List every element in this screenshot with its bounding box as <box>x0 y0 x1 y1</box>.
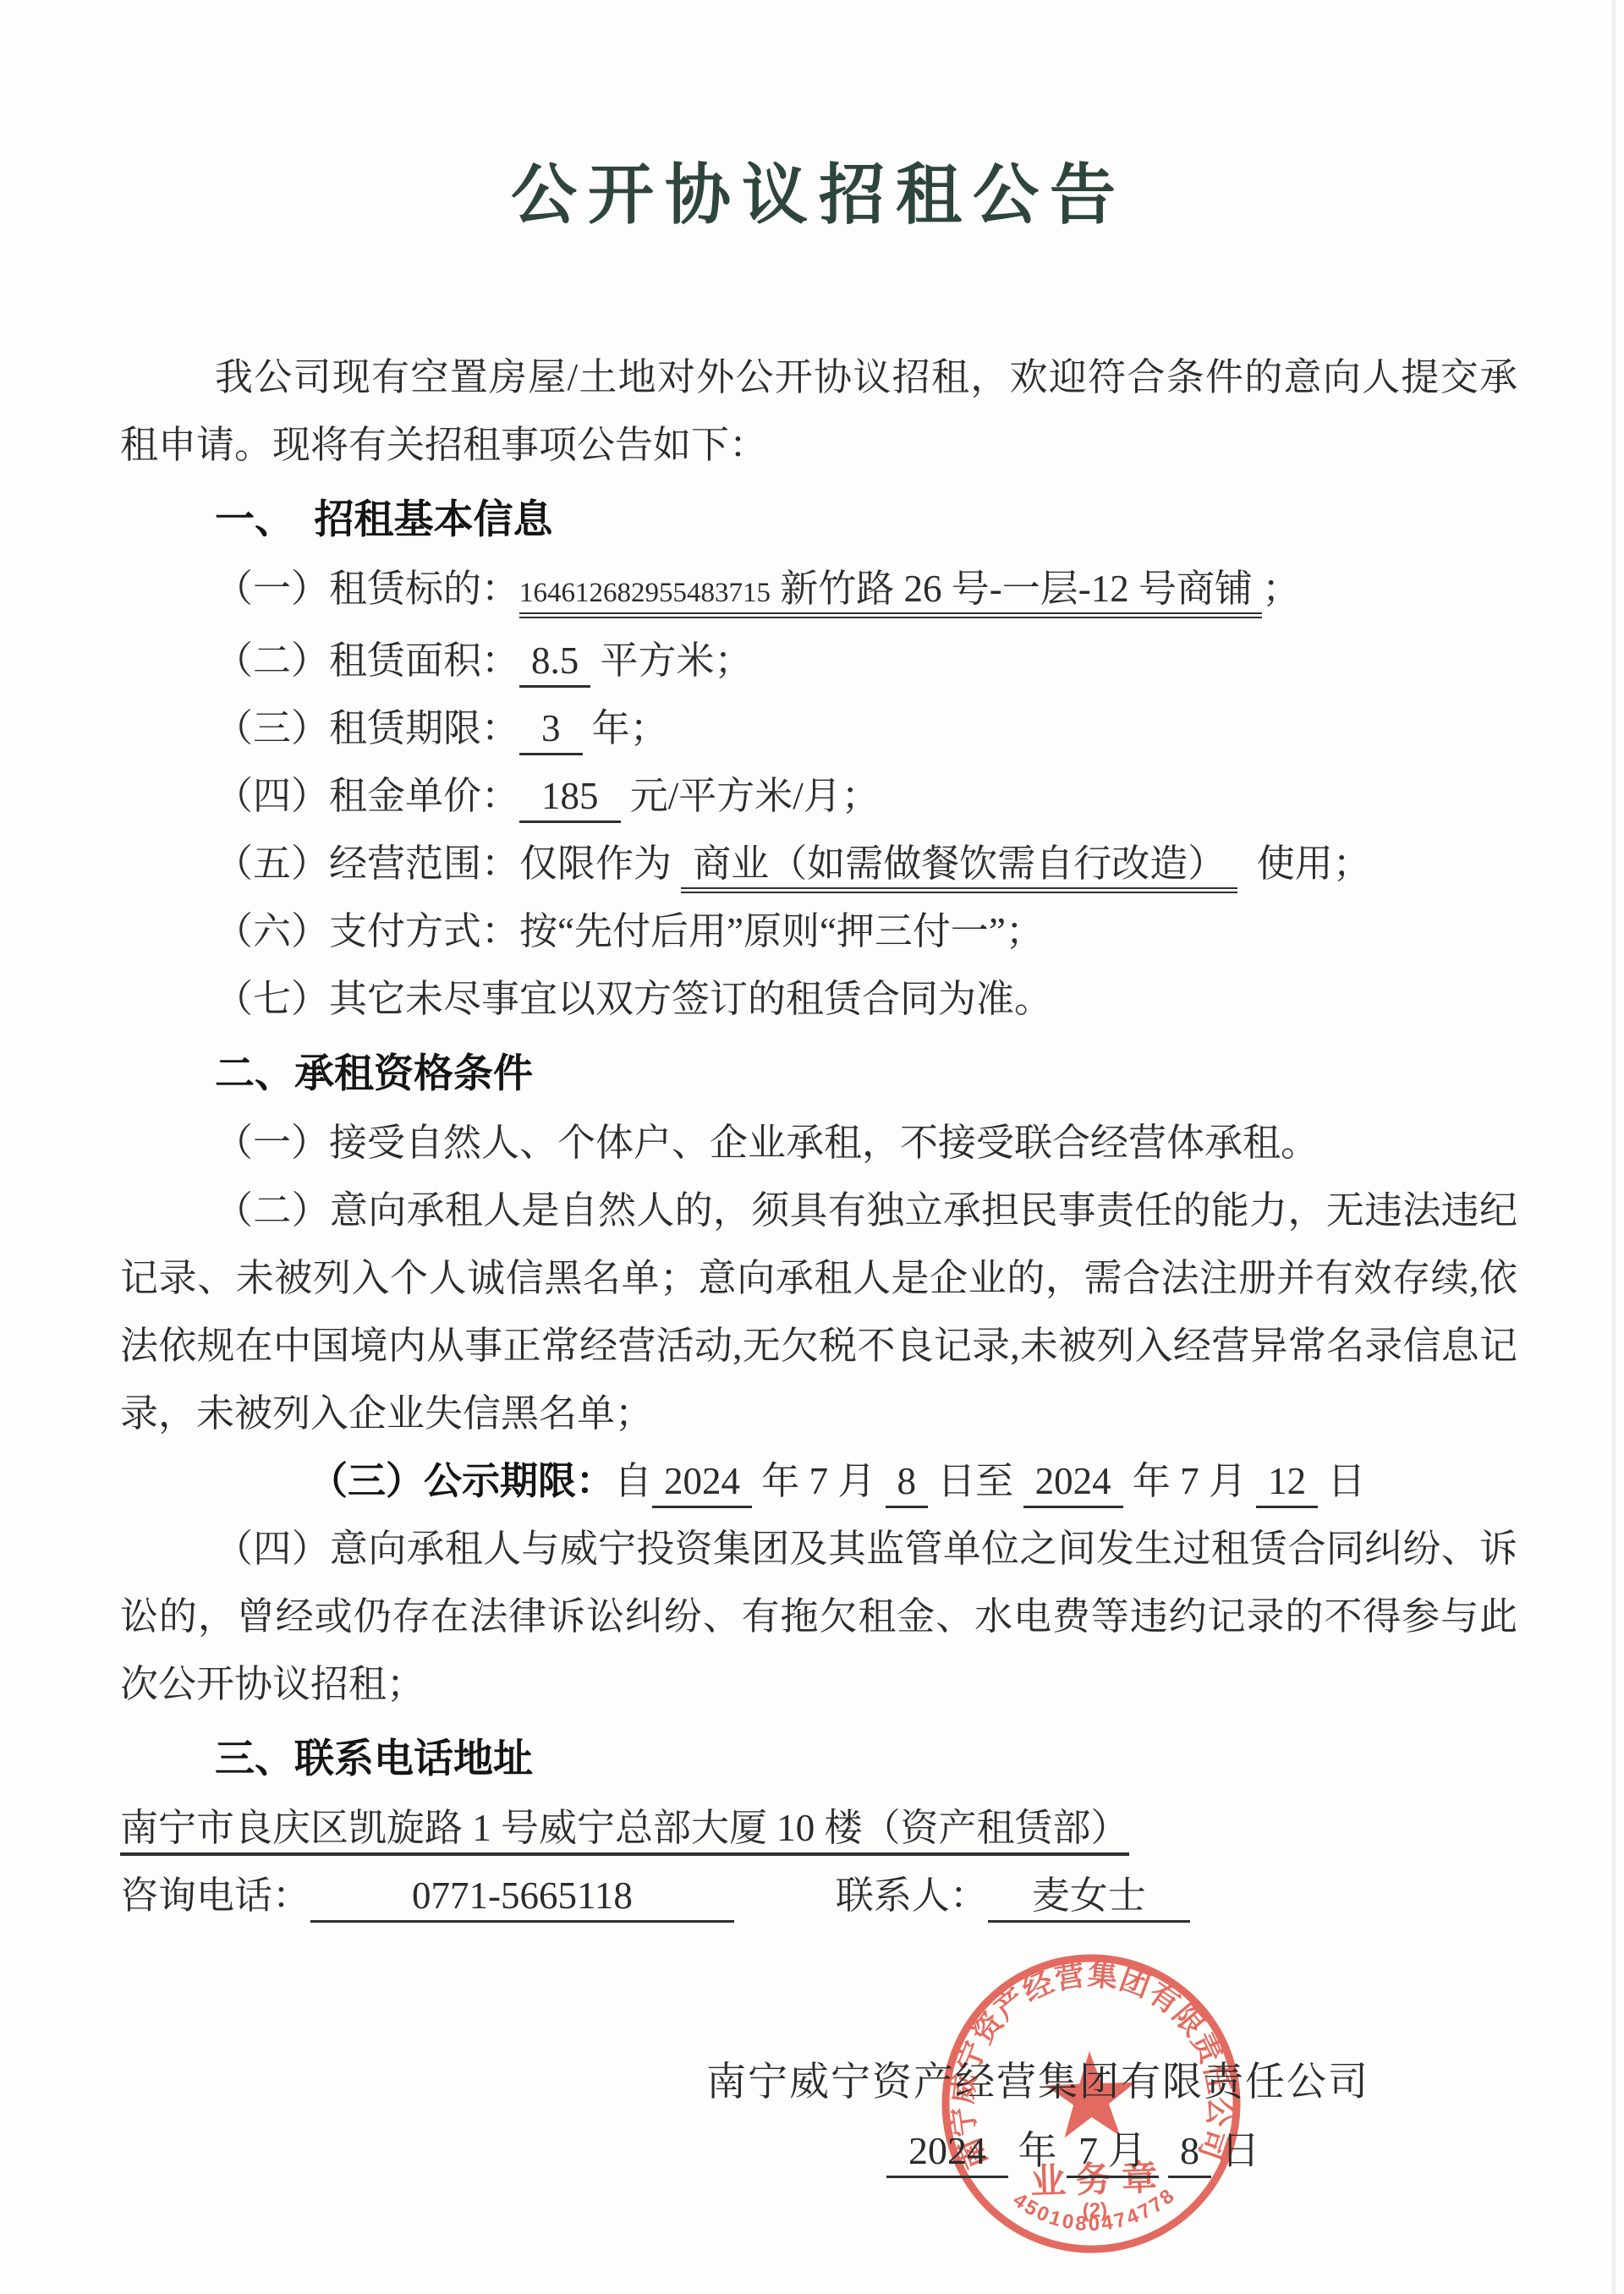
signature-company: 南宁威宁资产经营集团有限责任公司 <box>706 2050 1369 2107</box>
rent-item-price: （四）租金单价：185 元/平方米/月； <box>120 762 1517 830</box>
scan-edge-shadow <box>1612 0 1616 2294</box>
underlined-value: 164612682955483715 新竹路 26 号-一层-12 号商铺 <box>519 568 1262 618</box>
term-value: 3 <box>519 707 583 755</box>
section-contact-heading: 三、联系电话地址 <box>120 1723 1517 1794</box>
date-day: 8 <box>1168 2129 1211 2178</box>
qual-item-4: （四）意向承租人与威宁投资集团及其监管单位之间发生过租赁合同纠纷、诉讼的，曾经或… <box>120 1515 1517 1718</box>
contact-label: 联系人： <box>836 1874 988 1917</box>
scope-value: 商业（如需做餐饮需自行改造） <box>681 842 1237 893</box>
page-title: 公开协议招租公告 <box>120 142 1517 237</box>
document-page: 公开协议招租公告 我公司现有空置房屋/土地对外公开协议招租，欢迎符合条件的意向人… <box>0 0 1624 2294</box>
area-value: 8.5 <box>519 639 590 688</box>
period-seg1: 年 7 月 <box>752 1460 886 1502</box>
end-year: 2024 <box>1023 1460 1123 1508</box>
signature-date: 2024 年 7 月 8 日 <box>886 2120 1260 2176</box>
section-qualification-heading: 二、承租资格条件 <box>120 1038 1517 1109</box>
period-pre: 自 <box>614 1460 652 1502</box>
item-prefix: （一）租赁标的： <box>215 568 519 610</box>
end-day: 12 <box>1256 1460 1318 1508</box>
rent-item-scope: （五）经营范围：仅限作为 商业（如需做餐饮需自行改造） 使用； <box>120 830 1517 897</box>
section-basic-heading: 一、 招租基本信息 <box>120 484 1517 555</box>
price-value: 185 <box>519 775 621 823</box>
date-month: 7 月 <box>1067 2129 1159 2178</box>
rent-item-payment: （六）支付方式：按“先付后用”原则“押三付一”； <box>120 897 1517 965</box>
item-suffix: 平方米； <box>590 639 752 682</box>
item-suffix: 使用； <box>1237 842 1371 885</box>
item-prefix: （四）租金单价： <box>215 775 519 817</box>
item-prefix: （五）经营范围：仅限作为 <box>215 842 681 885</box>
start-year: 2024 <box>652 1460 752 1508</box>
phone-label: 咨询电话： <box>120 1874 310 1917</box>
date-year-unit: 年 <box>1008 2129 1067 2172</box>
rent-item-subject: （一）租赁标的：164612682955483715 新竹路 26 号-一层-1… <box>120 555 1517 627</box>
publicity-period-label: （三）公示期限： <box>310 1459 614 1502</box>
date-year: 2024 <box>886 2129 1008 2178</box>
phone-value: 0771-5665118 <box>310 1874 734 1923</box>
period-suffix: 日 <box>1318 1460 1365 1502</box>
item-suffix: 元/平方米/月； <box>621 775 880 817</box>
qual-item-publicity-period: （三）公示期限：自2024 年 7 月 8 日至 2024 年 7 月 12 日 <box>120 1447 1517 1515</box>
address-value: 南宁市良庆区凯旋路 1 号威宁总部大厦 10 楼（资产租赁部） <box>120 1807 1129 1856</box>
date-day-unit: 日 <box>1211 2129 1260 2172</box>
start-day: 8 <box>886 1460 929 1508</box>
item-prefix: （二）租赁面积： <box>215 639 519 682</box>
rent-item-term: （三）租赁期限：3 年； <box>120 694 1517 762</box>
intro-paragraph: 我公司现有空置房屋/土地对外公开协议招租，欢迎符合条件的意向人提交承租申请。现将… <box>120 343 1517 479</box>
address-line: 南宁市良庆区凯旋路 1 号威宁总部大厦 10 楼（资产租赁部） <box>120 1794 1517 1862</box>
rent-item-area: （二）租赁面积：8.5 平方米； <box>120 627 1517 694</box>
asset-id: 164612682955483715 <box>519 578 771 608</box>
item-prefix: （三）租赁期限： <box>215 707 519 749</box>
subject-value: 新竹路 26 号-一层-12 号商铺 <box>771 568 1262 610</box>
document-content: 公开协议招租公告 我公司现有空置房屋/土地对外公开协议招租，欢迎符合条件的意向人… <box>120 142 1517 1929</box>
item-suffix: ； <box>1262 568 1300 610</box>
period-seg2: 年 7 月 <box>1123 1460 1257 1502</box>
phone-line: 咨询电话：0771-5665118联系人：麦女士 <box>120 1862 1517 1929</box>
period-mid: 日至 <box>928 1460 1023 1502</box>
item-suffix: 年； <box>583 707 668 749</box>
qual-item-2: （二）意向承租人是自然人的，须具有独立承担民事责任的能力，无违法违纪记录、未被列… <box>120 1177 1517 1447</box>
contact-value: 麦女士 <box>988 1874 1190 1923</box>
qual-item-1: （一）接受自然人、个体户、企业承租，不接受联合经营体承租。 <box>120 1109 1517 1177</box>
rent-item-other: （七）其它未尽事宜以双方签订的租赁合同为准。 <box>120 965 1517 1033</box>
